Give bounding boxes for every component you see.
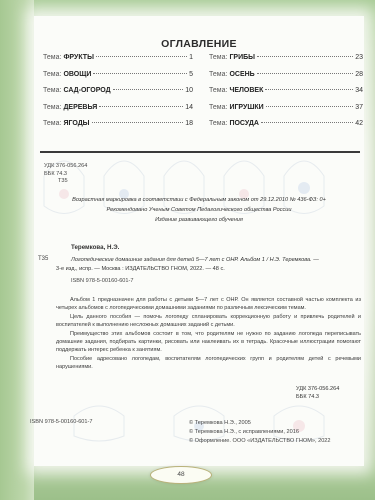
toc-topic: ОВОЩИ — [63, 71, 91, 78]
annotation-paragraph: Пособие адресовано логопедам, воспитател… — [56, 355, 361, 372]
toc-page: 23 — [355, 54, 363, 61]
leader-dots — [261, 122, 353, 123]
classification-codes: УДК 376-056.264 ББК 74.3 Т35 — [44, 163, 87, 186]
toc-left-column: Тема: ФРУКТЫ 1 Тема: ОВОЩИ 5 Тема: САД-О… — [43, 54, 193, 137]
leader-dots — [99, 106, 183, 107]
toc-prefix: Тема: — [43, 104, 61, 111]
annotation-paragraph: Альбом 1 предназначен для работы с детьм… — [56, 296, 361, 313]
toc-prefix: Тема: — [43, 87, 61, 94]
page-number-badge: 48 — [150, 466, 212, 484]
toc-topic: ОСЕНЬ — [229, 71, 254, 78]
leader-dots — [257, 73, 354, 74]
classification-codes-bottom: УДК 376-056.264 ББК 74.3 — [296, 385, 339, 401]
copyright-line: © Оформление. ООО «ИЗДАТЕЛЬСТВО ГНОМ», 2… — [189, 437, 331, 446]
toc-topic: ИГРУШКИ — [229, 104, 263, 111]
toc-topic: ГРИБЫ — [229, 54, 255, 61]
toc-entry[interactable]: Тема: ГРИБЫ 23 — [209, 54, 363, 71]
toc-topic: ПОСУДА — [229, 120, 258, 127]
toc-right-column: Тема: ГРИБЫ 23 Тема: ОСЕНЬ 28 Тема: ЧЕЛО… — [209, 54, 363, 137]
toc-entry[interactable]: Тема: ИГРУШКИ 37 — [209, 104, 363, 121]
leader-dots — [92, 122, 184, 123]
toc-entry[interactable]: Тема: ФРУКТЫ 1 — [43, 54, 193, 71]
bibliographic-record: Логопедические домашние задания для дете… — [56, 256, 361, 274]
toc-topic: САД-ОГОРОД — [63, 87, 110, 94]
right-edge-shadow — [365, 40, 375, 460]
toc-prefix: Тема: — [209, 104, 227, 111]
author-mark-inline: Т35 — [38, 256, 48, 262]
toc-prefix: Тема: — [43, 54, 61, 61]
toc-entry[interactable]: Тема: ОСЕНЬ 28 — [209, 71, 363, 88]
toc-prefix: Тема: — [43, 120, 61, 127]
toc-topic: ФРУКТЫ — [63, 54, 93, 61]
toc-entry[interactable]: Тема: ДЕРЕВЬЯ 14 — [43, 104, 193, 121]
annotation-paragraph: Преимущество этих альбомов состоит в том… — [56, 330, 361, 355]
edition-type: Издание развивающего обучения — [34, 215, 364, 225]
section-divider — [40, 151, 360, 153]
copyright-notices: © Теремкова Н.Э., 2005 © Теремкова Н.Э.,… — [189, 419, 331, 446]
toc-page: 5 — [189, 71, 193, 78]
toc-topic: ЧЕЛОВЕК — [229, 87, 263, 94]
author-name: Теремкова, Н.Э. — [71, 244, 119, 251]
toc-entry[interactable]: Тема: ОВОЩИ 5 — [43, 71, 193, 88]
left-green-margin — [0, 0, 34, 500]
copyright-line: © Теремкова Н.Э., 2005 — [189, 419, 331, 428]
toc-prefix: Тема: — [209, 54, 227, 61]
toc-prefix: Тема: — [209, 120, 227, 127]
toc-page: 10 — [185, 87, 193, 94]
publication-notes: Возрастная маркировка в соответствии с Ф… — [34, 195, 364, 225]
isbn: ISBN 978-5-00160-601-7 — [71, 278, 134, 284]
udk-code: УДК 376-056.264 — [296, 385, 339, 393]
toc-topic: ДЕРЕВЬЯ — [63, 104, 97, 111]
toc-prefix: Тема: — [43, 71, 61, 78]
annotation: Альбом 1 предназначен для работы с детьм… — [56, 296, 361, 372]
toc-page: 37 — [355, 104, 363, 111]
book-title-line: Логопедические домашние задания для дете… — [56, 256, 361, 265]
leader-dots — [93, 73, 187, 74]
toc-entry[interactable]: Тема: ЯГОДЫ 18 — [43, 120, 193, 137]
leader-dots — [96, 56, 187, 57]
recommendation: Рекомендовано Ученым Советом Педагогичес… — [34, 205, 364, 215]
toc-page: 1 — [189, 54, 193, 61]
edition-line: 3-е изд., испр. — Москва : ИЗДАТЕЛЬСТВО … — [56, 265, 361, 274]
toc-entry[interactable]: Тема: ЧЕЛОВЕК 34 — [209, 87, 363, 104]
toc-page: 42 — [355, 120, 363, 127]
toc-topic: ЯГОДЫ — [63, 120, 89, 127]
leader-dots — [265, 89, 353, 90]
leader-dots — [113, 89, 184, 90]
toc-page: 14 — [185, 104, 193, 111]
toc-prefix: Тема: — [209, 87, 227, 94]
leader-dots — [266, 106, 353, 107]
toc-entry[interactable]: Тема: САД-ОГОРОД 10 — [43, 87, 193, 104]
bbk-code: ББК 74.3 — [296, 393, 339, 401]
annotation-paragraph: Цель данного пособия — помочь логопеду с… — [56, 313, 361, 330]
age-marking: Возрастная маркировка в соответствии с Ф… — [34, 195, 364, 205]
copyright-line: © Теремкова Н.Э., с исправлениями, 2016 — [189, 428, 331, 437]
toc-page: 28 — [355, 71, 363, 78]
toc-page: 18 — [185, 120, 193, 127]
toc-title: ОГЛАВЛЕНИЕ — [34, 38, 364, 50]
bbk-code: ББК 74.3 — [44, 171, 67, 177]
isbn-footer: ISBN 978-5-00160-601-7 — [30, 419, 93, 425]
toc-entry[interactable]: Тема: ПОСУДА 42 — [209, 120, 363, 137]
author-mark: Т35 — [44, 178, 87, 186]
toc-page: 34 — [355, 87, 363, 94]
toc-prefix: Тема: — [209, 71, 227, 78]
book-page: ОГЛАВЛЕНИЕ Тема: ФРУКТЫ 1 Тема: ОВОЩИ 5 … — [34, 16, 364, 466]
udk-code: УДК 376-056.264 — [44, 163, 87, 169]
leader-dots — [257, 56, 353, 57]
